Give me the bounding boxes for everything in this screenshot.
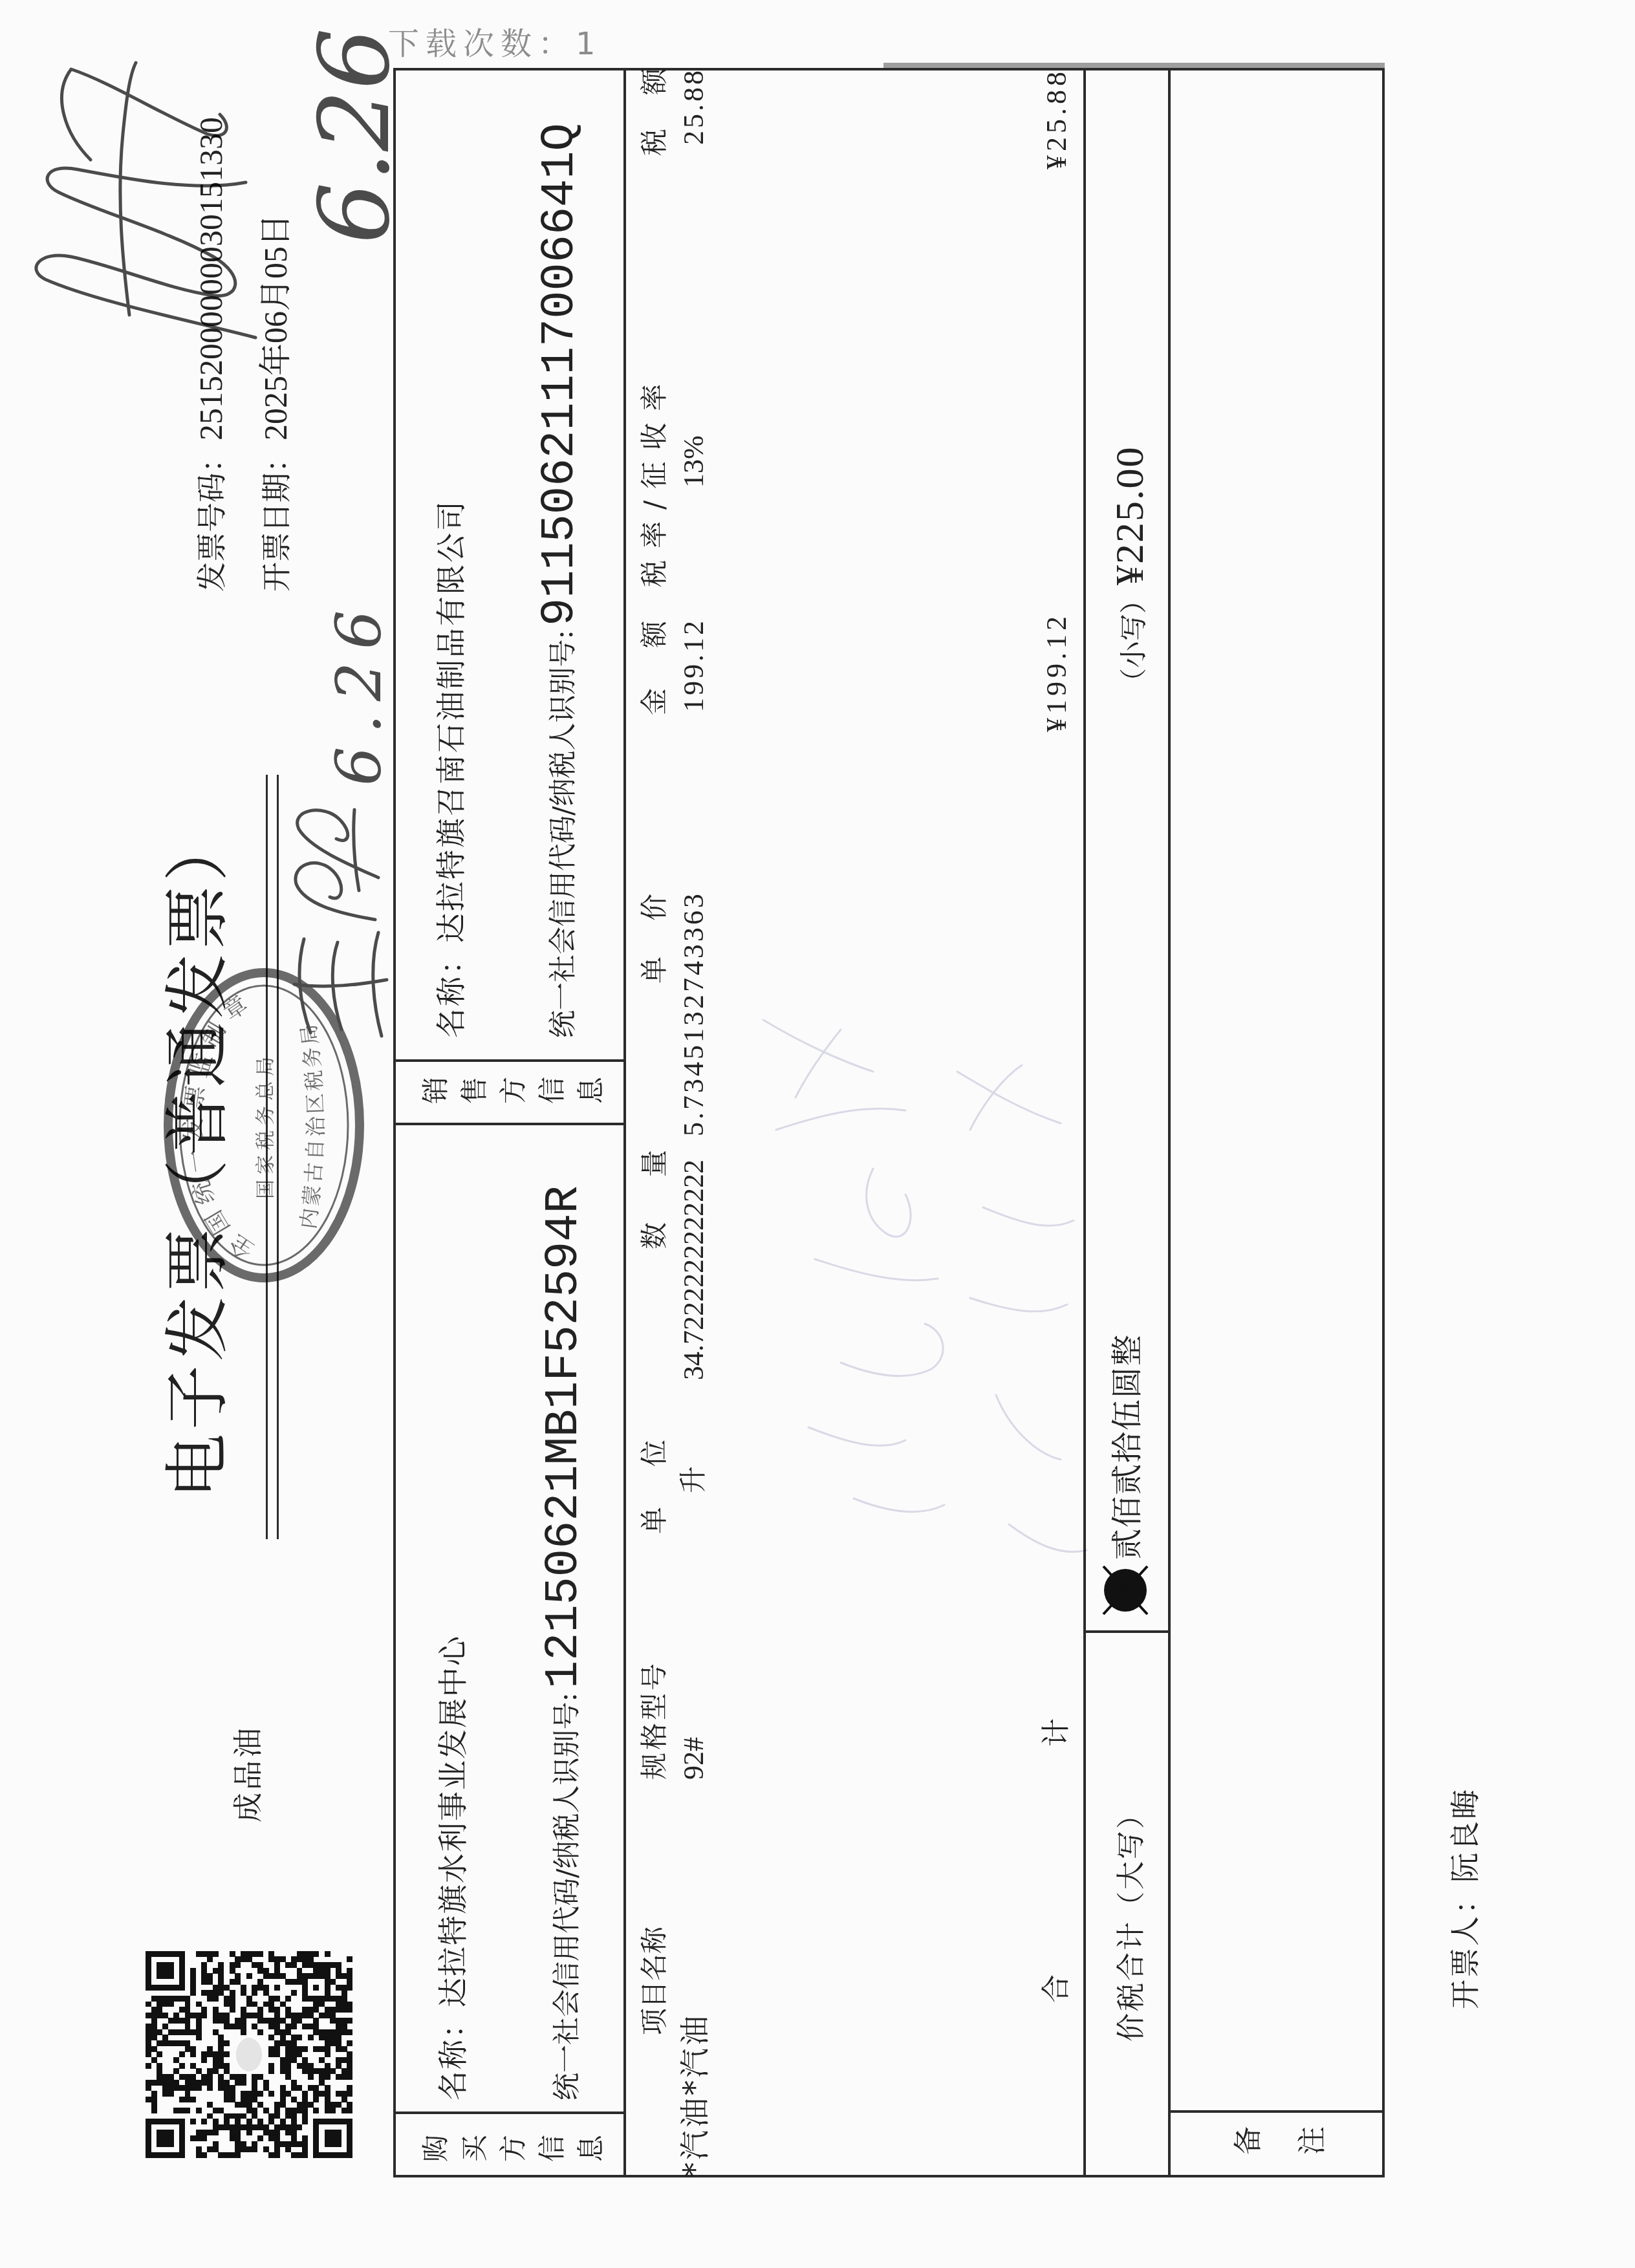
handwritten-signature-near-title: 6.26 bbox=[294, 597, 395, 1036]
remarks-label: 备注 bbox=[1233, 2130, 1361, 2158]
item-unit: 升 bbox=[680, 1466, 707, 1493]
seller-tax-id-line: 统一社会信用代码/纳税人识别号: 91150621117006641Q bbox=[537, 123, 583, 1038]
column-header-unit: 单位 bbox=[641, 1399, 668, 1534]
item-spec: 92# bbox=[680, 1737, 708, 1780]
title-underline-upper bbox=[266, 775, 268, 1539]
invoice-document: 电子发票（普通发票） 成品油 发票号码： 2515200000003015133… bbox=[0, 0, 1635, 2268]
seller-tax-id: 91150621117006641Q bbox=[537, 123, 583, 626]
remarks-content bbox=[1172, 70, 1382, 2110]
divider-buyer-label bbox=[393, 2111, 625, 2114]
total-amount: ¥199.12 bbox=[1043, 612, 1071, 732]
buyer-name-line: 名称：达拉特旗水利事业发展中心 bbox=[438, 1635, 468, 2101]
invoice-title: 电子发票（普通发票） bbox=[166, 813, 230, 1498]
item-tax-rate: 13% bbox=[680, 435, 708, 488]
buyer-tax-id-label: 统一社会信用代码/纳税人识别号: bbox=[554, 1692, 581, 2101]
grand-total-label: 价税合计（大写） bbox=[1118, 1798, 1146, 2042]
divider-grandtotal-remarks bbox=[1168, 68, 1171, 2177]
divider-grandtotal-label bbox=[1085, 1630, 1169, 1633]
handwritten-date-near-title: 6.26 bbox=[324, 597, 395, 786]
circled-x-icon bbox=[1101, 1566, 1150, 1615]
qr-emblem-icon bbox=[236, 2038, 262, 2071]
buyer-name: 达拉特旗水利事业发展中心 bbox=[435, 1635, 470, 2007]
column-header-unit-price: 单价 bbox=[641, 858, 668, 984]
invoice-number-label: 发票号码： bbox=[197, 443, 226, 592]
item-tax: 25.88 bbox=[680, 68, 708, 145]
seal-bottom-text: 内蒙古自治区税务局 bbox=[296, 1020, 328, 1230]
seller-tax-id-label: 统一社会信用代码/纳税人识别号: bbox=[550, 630, 578, 1038]
issuer-name: 阮良晦 bbox=[1447, 1787, 1482, 1883]
total-label: 合计 bbox=[1043, 1491, 1071, 2003]
divider-seller-label-end bbox=[393, 1059, 625, 1062]
seller-section-label: 销售方信息 bbox=[421, 1079, 615, 1106]
divider-items-grandtotal bbox=[1083, 68, 1086, 2177]
invoice-number-value: 25152000000030151330 bbox=[195, 117, 227, 440]
column-header-tax: 税额 bbox=[641, 34, 668, 156]
seller-name-label: 名称： bbox=[433, 943, 468, 1038]
buyer-section-label: 购买方信息 bbox=[421, 2137, 615, 2164]
buyer-tax-id-line: 统一社会信用代码/纳税人识别号: 12150621MB1F52594R bbox=[541, 1185, 587, 2101]
grand-total-in-words: 贰佰贰拾伍圆整 bbox=[1112, 1334, 1143, 1560]
issue-date-label: 开票日期： bbox=[261, 443, 291, 592]
column-header-quantity: 数量 bbox=[641, 1105, 668, 1249]
issuer-label: 开票人： bbox=[1447, 1883, 1482, 2009]
qr-code bbox=[146, 1951, 352, 2158]
qr-code-icon bbox=[146, 1951, 352, 2158]
grand-total-figures-label: （小写） bbox=[1120, 587, 1147, 695]
seller-name: 达拉特旗召南石油制品有限公司 bbox=[433, 499, 468, 943]
issue-date-value: 2025年06月05日 bbox=[259, 214, 292, 440]
invoice-table: 购买方信息 名称：达拉特旗水利事业发展中心 统一社会信用代码/纳税人识别号: 1… bbox=[393, 68, 1385, 2177]
invoice-number: 发票号码： 25152000000030151330 bbox=[195, 117, 227, 592]
item-unit-price: 5.7345132743363 bbox=[680, 891, 708, 1136]
buyer-name-label: 名称： bbox=[435, 2007, 470, 2101]
item-name: *汽油*汽油 bbox=[680, 2013, 709, 2177]
grand-total-figures: ¥225.00 bbox=[1110, 446, 1150, 585]
item-amount: 199.12 bbox=[680, 618, 708, 712]
seller-name-line: 名称：达拉特旗召南石油制品有限公司 bbox=[436, 499, 466, 1038]
buyer-tax-id: 12150621MB1F52594R bbox=[541, 1185, 587, 1689]
total-tax: ¥25.88 bbox=[1043, 68, 1071, 169]
divider-remarks-label bbox=[1169, 2110, 1385, 2113]
divider-seller-label-start bbox=[393, 1123, 625, 1125]
grand-total-figures-line: （小写） ¥225.00 bbox=[1110, 446, 1150, 695]
column-header-name: 项目名称 bbox=[641, 1927, 668, 2035]
issue-date: 开票日期： 2025年06月05日 bbox=[259, 214, 292, 592]
title-underline-lower bbox=[277, 775, 279, 1539]
special-category-label: 成品油 bbox=[233, 1725, 263, 1822]
column-header-tax-rate: 税率/征收率 bbox=[641, 373, 668, 587]
issuer: 开票人：阮良晦 bbox=[1450, 1787, 1480, 2009]
item-quantity: 34.7222222222222 bbox=[680, 1160, 708, 1380]
column-header-spec: 规格型号 bbox=[641, 1661, 668, 1780]
column-header-amount: 金额 bbox=[641, 581, 668, 715]
